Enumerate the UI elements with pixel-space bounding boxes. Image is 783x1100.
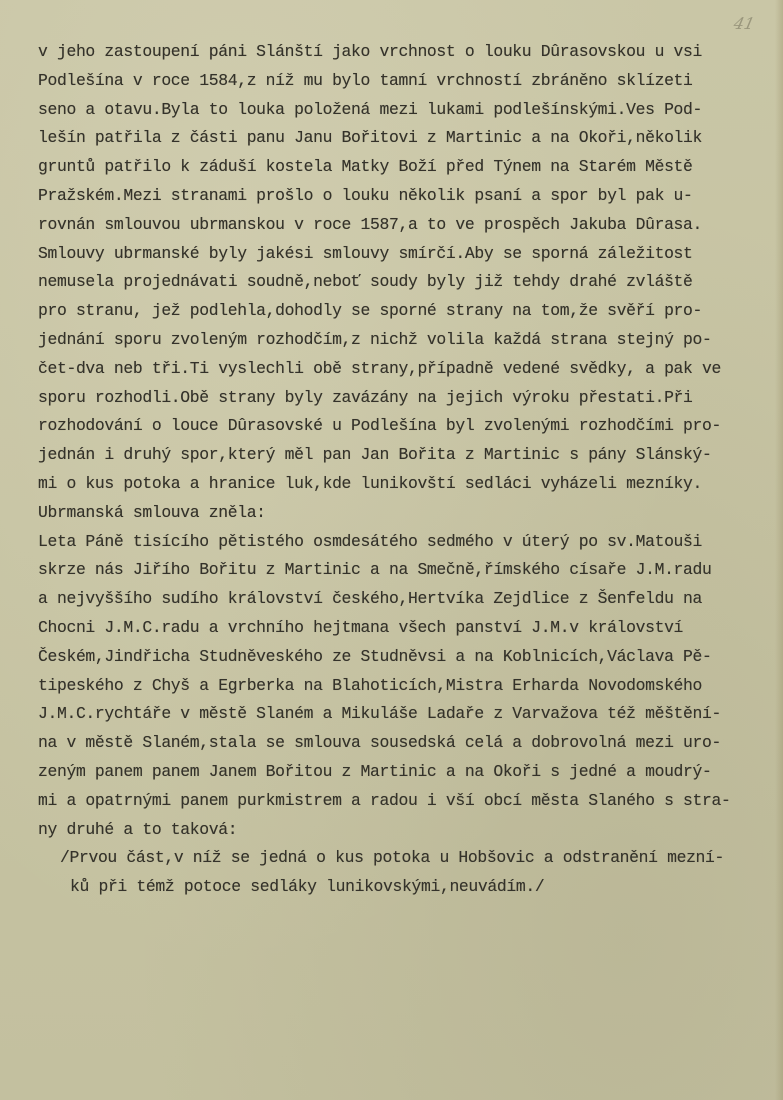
document-page: 41 v jeho zastoupení páni Slánští jako v… — [0, 0, 783, 1100]
text-line: Leta Páně tisícího pětistého osmdesátého… — [38, 528, 768, 557]
text-line: Pražském.Mezi stranami prošlo o louku ně… — [38, 182, 768, 211]
text-line: Podlešína v roce 1584,z níž mu bylo tamn… — [38, 67, 768, 96]
text-line: v jeho zastoupení páni Slánští jako vrch… — [38, 38, 768, 67]
text-line: tipeského z Chyš a Egrberka na Blahoticí… — [38, 672, 768, 701]
quoted-note-line: ků při témž potoce sedláky lunikovskými,… — [38, 873, 768, 902]
text-line: na v městě Slaném,stala se smlouva souse… — [38, 729, 768, 758]
page-number: 41 — [732, 14, 756, 33]
text-line: Smlouvy ubrmanské byly jakési smlouvy sm… — [38, 240, 768, 269]
text-line: Ubrmanská smlouva zněla: — [38, 499, 768, 528]
text-line: Chocni J.M.C.radu a vrchního hejtmana vš… — [38, 614, 768, 643]
text-line: J.M.C.rychtáře v městě Slaném a Mikuláše… — [38, 700, 768, 729]
quoted-note-line: /Prvou část,v níž se jedná o kus potoka … — [38, 844, 768, 873]
text-line: gruntů patřilo k záduší kostela Matky Bo… — [38, 153, 768, 182]
text-line: mi o kus potoka a hranice luk,kde luniko… — [38, 470, 768, 499]
text-line: rovnán smlouvou ubrmanskou v roce 1587,a… — [38, 211, 768, 240]
text-line: nemusela projednávati soudně,neboť soudy… — [38, 268, 768, 297]
text-line: ny druhé a to taková: — [38, 816, 768, 845]
text-line: mi a opatrnými panem purkmistrem a radou… — [38, 787, 768, 816]
text-line: skrze nás Jiřího Bořitu z Martinic a na … — [38, 556, 768, 585]
text-line: rozhodování o louce Dûrasovské u Podleší… — [38, 412, 768, 441]
text-line: seno a otavu.Byla to louka položená mezi… — [38, 96, 768, 125]
text-line: pro stranu, jež podlehla,dohodly se spor… — [38, 297, 768, 326]
text-line: zeným panem panem Janem Bořitou z Martin… — [38, 758, 768, 787]
text-line: sporu rozhodli.Obě strany byly zavázány … — [38, 384, 768, 413]
page-edge-shadow — [775, 0, 783, 1100]
text-line: lešín patřila z části panu Janu Bořitovi… — [38, 124, 768, 153]
text-line: jednán i druhý spor,který měl pan Jan Bo… — [38, 441, 768, 470]
text-line: jednání sporu zvoleným rozhodčím,z nichž… — [38, 326, 768, 355]
text-line: Českém,Jindřicha Studněveského ze Studně… — [38, 643, 768, 672]
text-line: a nejvyššího sudího království českého,H… — [38, 585, 768, 614]
typewritten-text: v jeho zastoupení páni Slánští jako vrch… — [38, 38, 768, 902]
text-line: čet-dva neb tři.Ti vyslechli obě strany,… — [38, 355, 768, 384]
